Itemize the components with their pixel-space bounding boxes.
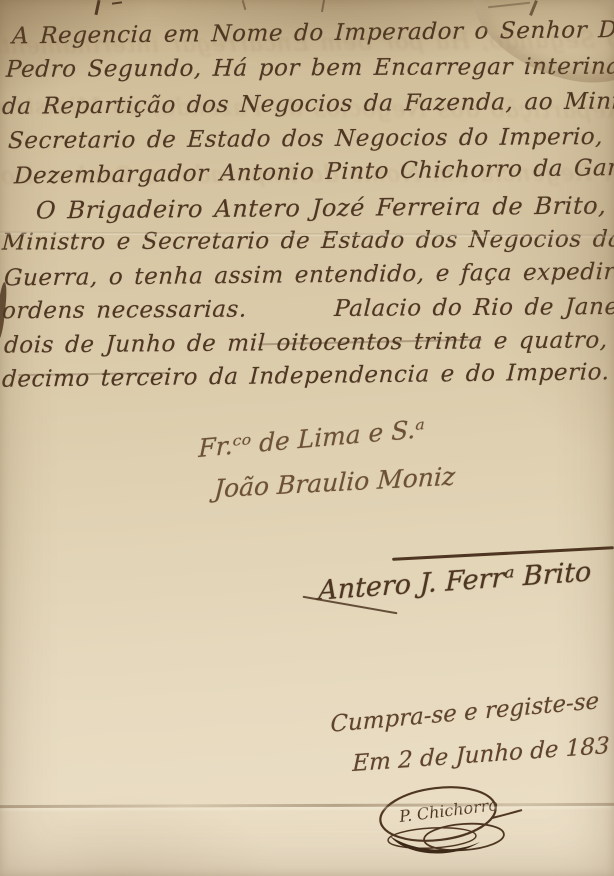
rubric-signature-text: P. Chichorro <box>397 795 499 826</box>
stray-ink-mark <box>94 0 100 15</box>
stray-ink-mark <box>488 2 530 8</box>
stray-ink-mark <box>242 0 247 10</box>
manuscript-page: Pedro Segundo, Há por bem Encarregar int… <box>0 0 614 876</box>
manuscript-line-8: Guerra, o tenha assim entendido, e faça … <box>3 259 614 292</box>
endorsement-cumpra-se: Cumpra-se e registe-se <box>331 688 600 738</box>
signature-minister-antero-brito: Antero J. Ferrᵃ Brito <box>318 556 592 606</box>
signature-regent-lima-e-silva: Fr.ᶜᵒ de Lima e S.ᵃ <box>198 414 425 463</box>
manuscript-line-11: decimo terceiro da Independencia e do Im… <box>2 359 611 392</box>
endorsement-date: Em 2 de Junho de 183 <box>352 733 610 777</box>
manuscript-line-6: O Brigadeiro Antero Jozé Ferreira de Bri… <box>35 192 607 225</box>
manuscript-line-4: Secretario de Estado dos Negocios do Imp… <box>7 124 614 154</box>
stray-ink-mark <box>321 0 325 12</box>
signature-rubric-chichorro: P. Chichorro <box>374 780 524 870</box>
stray-ink-mark <box>112 1 122 4</box>
manuscript-line-7: Ministro e Secretario de Estado dos Nego… <box>1 226 614 255</box>
manuscript-line-10: dois de Junho de mil oitocentos trinta e… <box>3 327 608 358</box>
manuscript-line-2: Pedro Segundo, Há por bem Encarregar int… <box>5 53 614 83</box>
signature-regent-braulio-moniz: João Braulio Moniz <box>213 462 455 504</box>
manuscript-line-3: da Repartição dos Negocios da Fazenda, a… <box>1 88 614 120</box>
stray-ink-mark <box>529 0 538 16</box>
manuscript-line-9: ordens necessarias. Palacio do Rio de Ja… <box>1 294 614 325</box>
rubric-flourish-drawing: P. Chichorro <box>374 780 524 870</box>
